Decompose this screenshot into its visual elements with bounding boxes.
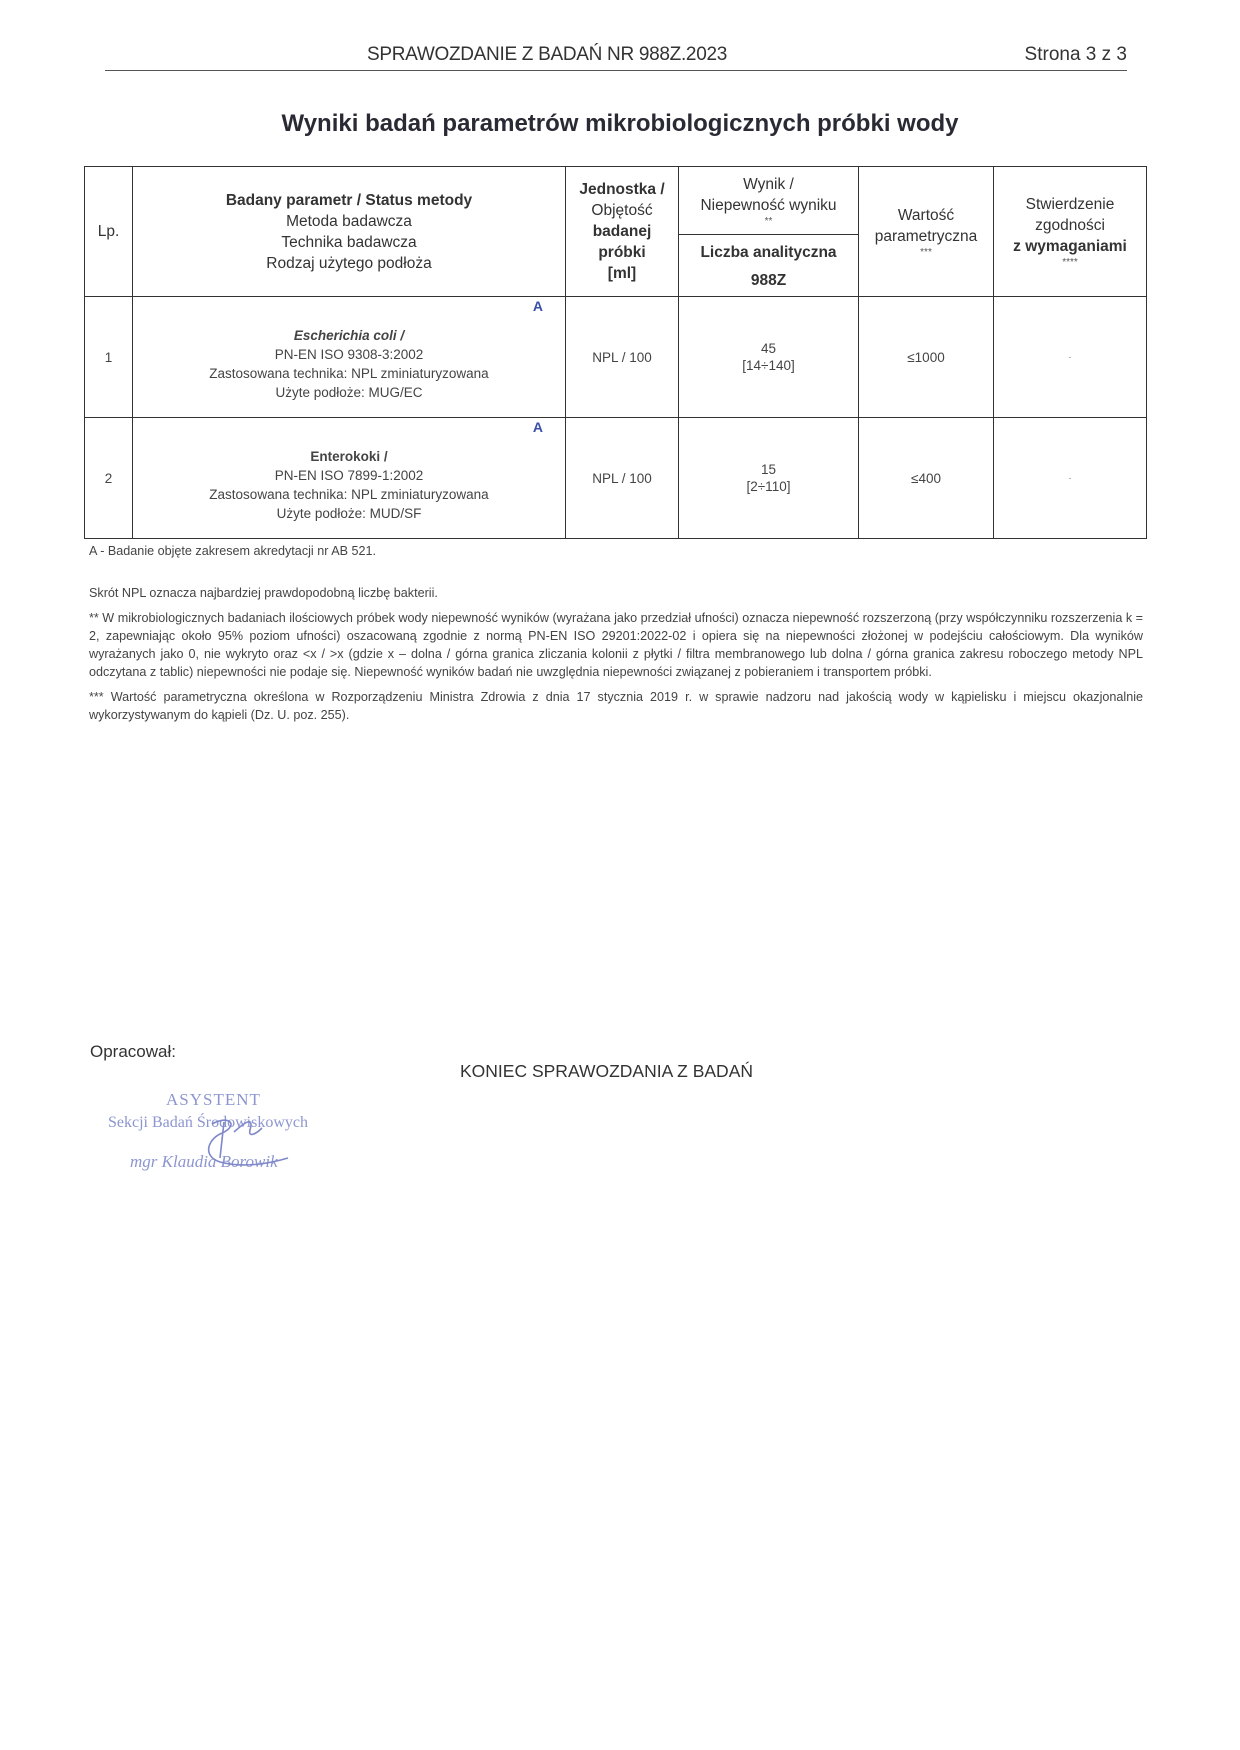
footnote-parametric-value: *** Wartość parametryczna określona w Ro…	[89, 688, 1143, 724]
parameter-medium: Użyte podłoże: MUG/EC	[133, 383, 565, 402]
footnote-uncertainty: ** W mikrobiologicznych badaniach ilości…	[89, 609, 1143, 681]
results-table: Lp. Badany parametr / Status metody Meto…	[84, 166, 1147, 539]
report-number: SPRAWOZDANIE Z BADAŃ NR 988Z.2023	[367, 44, 727, 66]
row-parameter: A Enterokoki / PN-EN ISO 7899-1:2002 Zas…	[133, 418, 566, 539]
row-lp: 2	[85, 418, 133, 539]
header-parametric-value: Wartość parametryczna ***	[859, 167, 994, 297]
header-unit: Jednostka / Objętość badanej próbki [ml]	[566, 167, 679, 297]
page-header: SPRAWOZDANIE Z BADAŃ NR 988Z.2023 Strona…	[105, 42, 1127, 71]
row-parameter: A Escherichia coli / PN-EN ISO 9308-3:20…	[133, 297, 566, 418]
parameter-technique: Zastosowana technika: NPL zminiaturyzowa…	[133, 364, 565, 383]
page-title: Wyniki badań parametrów mikrobiologiczny…	[0, 110, 1240, 138]
header-compliance: Stwierdzenie zgodności z wymaganiami ***…	[994, 167, 1147, 297]
row-compliance: -	[994, 297, 1147, 418]
table-row: 2 A Enterokoki / PN-EN ISO 7899-1:2002 Z…	[85, 418, 1147, 539]
page-number: Strona 3 z 3	[1025, 44, 1127, 66]
row-unit: NPL / 100	[566, 297, 679, 418]
row-parametric-value: ≤1000	[859, 297, 994, 418]
header-result: Wynik / Niepewność wyniku **	[679, 167, 859, 235]
accreditation-mark: A	[533, 419, 543, 435]
end-of-report: KONIEC SPRAWOZDANIA Z BADAŃ	[460, 1061, 753, 1082]
parameter-technique: Zastosowana technika: NPL zminiaturyzowa…	[133, 485, 565, 504]
header-lp: Lp.	[85, 167, 133, 297]
prepared-by-label: Opracował:	[90, 1042, 176, 1062]
footnotes: A - Badanie objęte zakresem akredytacji …	[89, 542, 1143, 724]
row-lp: 1	[85, 297, 133, 418]
handwritten-signature-icon	[190, 1112, 300, 1172]
accreditation-mark: A	[533, 298, 543, 314]
header-parameter: Badany parametr / Status metody Metoda b…	[133, 167, 566, 297]
row-compliance: -	[994, 418, 1147, 539]
parameter-name: Escherichia coli /	[133, 326, 565, 345]
row-result: 45 [14÷140]	[679, 297, 859, 418]
parameter-name: Enterokoki /	[133, 447, 565, 466]
table-row: 1 A Escherichia coli / PN-EN ISO 9308-3:…	[85, 297, 1147, 418]
row-result: 15 [2÷110]	[679, 418, 859, 539]
footnote-accreditation: A - Badanie objęte zakresem akredytacji …	[89, 542, 1143, 560]
header-analytic-number: Liczba analityczna 988Z	[679, 235, 859, 297]
parameter-medium: Użyte podłoże: MUD/SF	[133, 504, 565, 523]
parameter-method: PN-EN ISO 9308-3:2002	[133, 345, 565, 364]
row-unit: NPL / 100	[566, 418, 679, 539]
footnote-npl: Skrót NPL oznacza najbardziej prawdopodo…	[89, 584, 1143, 602]
stamp-title: ASYSTENT	[166, 1090, 261, 1110]
row-parametric-value: ≤400	[859, 418, 994, 539]
header-row: Lp. Badany parametr / Status metody Meto…	[85, 167, 1147, 235]
parameter-method: PN-EN ISO 7899-1:2002	[133, 466, 565, 485]
